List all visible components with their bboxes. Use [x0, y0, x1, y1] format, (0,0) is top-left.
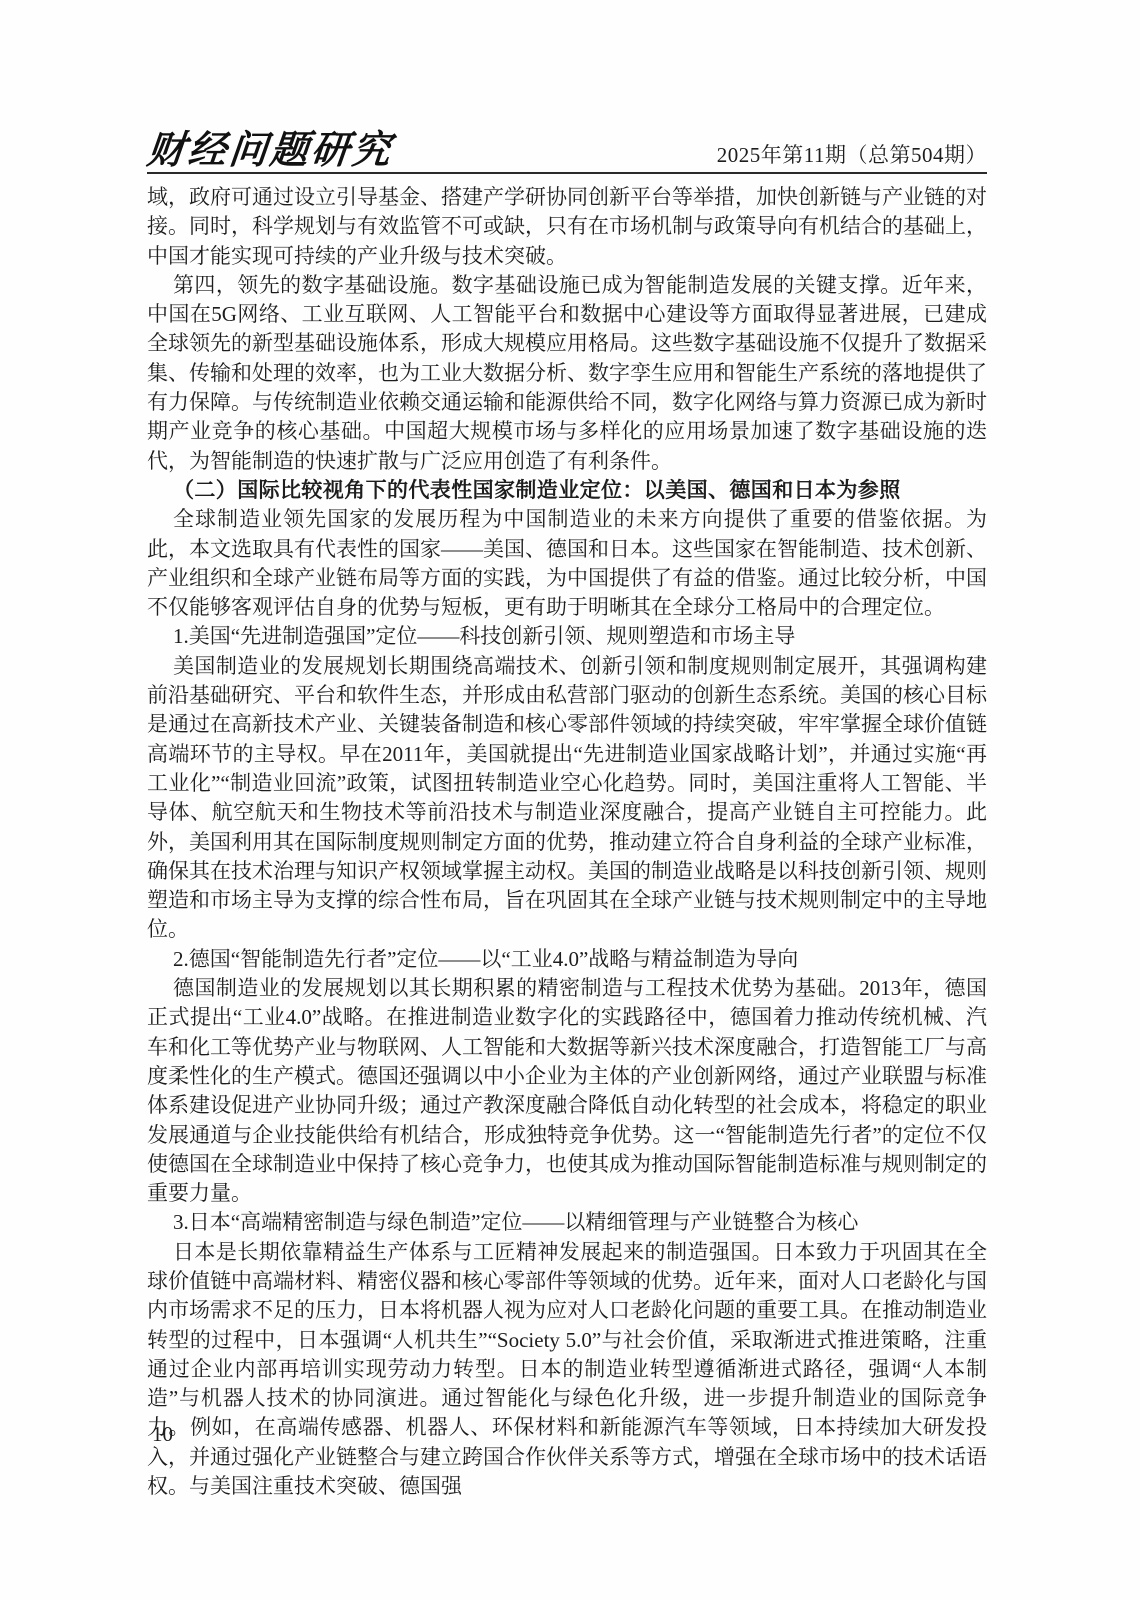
paragraph-continuation: 域，政府可通过设立引导基金、搭建产学研协同创新平台等举措，加快创新链与产业链的对… — [147, 183, 987, 271]
header-divider — [147, 172, 987, 174]
paragraph-digital-infrastructure: 第四，领先的数字基础设施。数字基础设施已成为智能制造发展的关键支撑。近年来，中国… — [147, 271, 987, 476]
issue-info: 2025年第11期（总第504期） — [717, 145, 987, 172]
subsection-heading-germany: 2.德国“智能制造先行者”定位——以“工业4.0”战略与精益制造为导向 — [147, 945, 987, 974]
article-body: 域，政府可通过设立引导基金、搭建产学研协同创新平台等举措，加快创新链与产业链的对… — [147, 183, 987, 1501]
journal-page: 财经问题研究 2025年第11期（总第504期） 域，政府可通过设立引导基金、搭… — [0, 0, 1140, 1600]
paragraph-germany: 德国制造业的发展规划以其长期积累的精密制造与工程技术优势为基础。2013年，德国… — [147, 974, 987, 1208]
journal-logo: 财经问题研究 — [145, 132, 395, 173]
paragraph-usa: 美国制造业的发展规划长期围绕高端技术、创新引领和制度规则制定展开，其强调构建前沿… — [147, 652, 987, 945]
paragraph-comparison-intro: 全球制造业领先国家的发展历程为中国制造业的未来方向提供了重要的借鉴依据。为此，本… — [147, 505, 987, 622]
subsection-heading-japan: 3.日本“高端精密制造与绿色制造”定位——以精细管理与产业链整合为核心 — [147, 1208, 987, 1237]
subsection-heading-usa: 1.美国“先进制造强国”定位——科技创新引领、规则塑造和市场主导 — [147, 622, 987, 651]
page-header: 财经问题研究 2025年第11期（总第504期） — [147, 128, 987, 172]
section-heading-international-comparison: （二）国际比较视角下的代表性国家制造业定位：以美国、德国和日本为参照 — [147, 476, 987, 505]
paragraph-japan: 日本是长期依靠精益生产体系与工匠精神发展起来的制造强国。日本致力于巩固其在全球价… — [147, 1238, 987, 1502]
page-number: 10 — [152, 1424, 173, 1445]
